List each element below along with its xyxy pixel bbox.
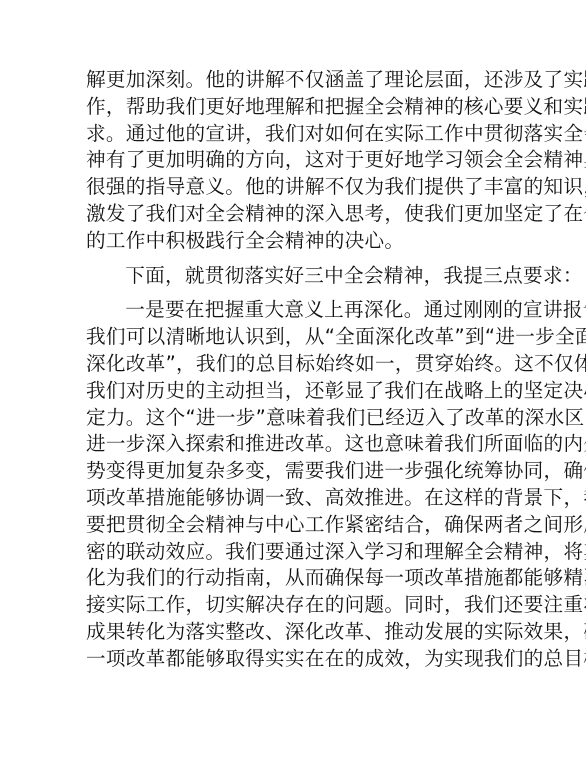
text-line: 一是要在把握重大意义上再深化。通过刚刚的宣讲报告， (86, 297, 494, 324)
text-line: 进一步深入探索和推进改革。这也意味着我们所面临的内外形 (86, 431, 494, 458)
document-page: 解更加深刻。他的讲解不仅涵盖了理论层面，还涉及了实践操 作，帮助我们更好地理解和… (86, 67, 494, 673)
text-line: 解更加深刻。他的讲解不仅涵盖了理论层面，还涉及了实践操 (86, 67, 494, 94)
text-line: 化为我们的行动指南，从而确保每一项改革措施都能够精准对 (86, 565, 494, 592)
text-line: 作，帮助我们更好地理解和把握全会精神的核心要义和实践要 (86, 94, 494, 121)
text-line: 我们可以清晰地认识到，从“全面深化改革”到“进一步全面 (86, 324, 494, 351)
text-line: 要把贯彻全会精神与中心工作紧密结合，确保两者之间形成紧 (86, 512, 494, 539)
text-line: 势变得更加复杂多变，需要我们进一步强化统筹协同，确保各 (86, 458, 494, 485)
text-line: 接实际工作，切实解决存在的问题。同时，我们还要注重将学习 (86, 592, 494, 619)
text-line: 密的联动效应。我们要通过深入学习和理解全会精神，将其内 (86, 539, 494, 566)
text-line: 定力。这个“进一步”意味着我们已经迈入了改革的深水区， (86, 405, 494, 432)
text-line: 求。通过他的宣讲，我们对如何在实际工作中贯彻落实全会精 (86, 121, 494, 148)
paragraph-requirement-one: 一是要在把握重大意义上再深化。通过刚刚的宣讲报告， 我们可以清晰地认识到，从“全… (86, 297, 494, 672)
paragraph-intro-requirements: 下面，就贯彻落实好三中全会精神，我提三点要求： (86, 263, 494, 290)
text-line: 我们对历史的主动担当，还彰显了我们在战略上的坚定决心和 (86, 378, 494, 405)
text-line: 一项改革都能够取得实实在在的成效，为实现我们的总目标奠 (86, 646, 494, 673)
text-line: 下面，就贯彻落实好三中全会精神，我提三点要求： (86, 263, 494, 290)
paragraph-continuation: 解更加深刻。他的讲解不仅涵盖了理论层面，还涉及了实践操 作，帮助我们更好地理解和… (86, 67, 494, 255)
text-line: 的工作中积极践行全会精神的决心。 (86, 228, 494, 255)
text-line: 激发了我们对全会精神的深入思考，使我们更加坚定了在今后 (86, 201, 494, 228)
text-line: 神有了更加明确的方向，这对于更好地学习领会全会精神具有 (86, 147, 494, 174)
text-line: 成果转化为落实整改、深化改革、推动发展的实际效果，确保每 (86, 619, 494, 646)
text-line: 项改革措施能够协调一致、高效推进。在这样的背景下，我们需 (86, 485, 494, 512)
text-line: 很强的指导意义。他的讲解不仅为我们提供了丰富的知识，还 (86, 174, 494, 201)
text-line: 深化改革”，我们的总目标始终如一，贯穿始终。这不仅体现了 (86, 351, 494, 378)
